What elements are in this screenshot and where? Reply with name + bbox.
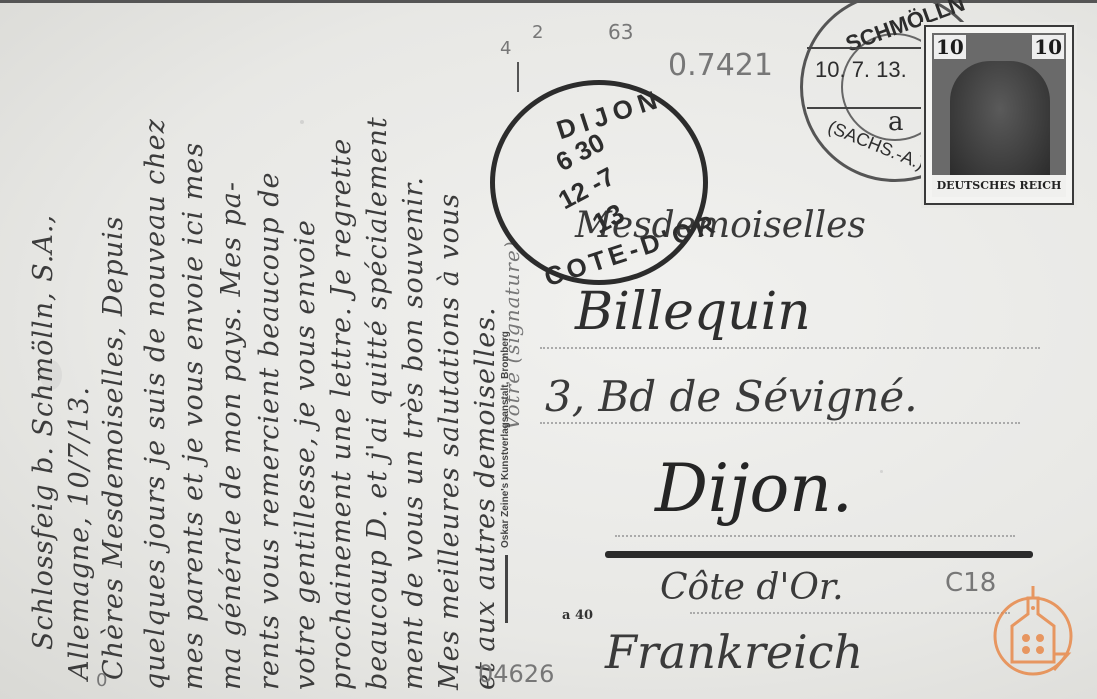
message-line: beaucoup D. et j'ai quitté spécialement xyxy=(362,116,393,690)
paper-speck xyxy=(300,120,304,124)
paper-speck xyxy=(880,470,883,473)
address-dotted-line xyxy=(615,535,1015,537)
postmark-department: COTE-D'OR xyxy=(541,208,723,293)
pencil-note-inventory: 04626 xyxy=(478,660,554,688)
message-line: votre gentillesse, je vous envoie xyxy=(290,219,321,690)
pencil-note: 4 xyxy=(500,38,511,59)
message-line: Schlossfeig b. Schmölln, S.A., xyxy=(28,214,59,650)
message-line: Mes meilleures salutations à vous xyxy=(434,193,465,690)
series-number: a 40 xyxy=(562,608,593,623)
postmark-town: DIJON xyxy=(553,83,667,146)
postmark-letter: a xyxy=(888,107,904,137)
address-dotted-line xyxy=(540,347,1040,349)
address-city: Dijon. xyxy=(655,450,853,527)
address-recipient-name: Billequin xyxy=(575,282,811,342)
divider-line-top xyxy=(517,62,519,92)
message-line: Allemagne, 10/7/13. xyxy=(64,386,95,680)
stamp-label: DEUTSCHES REICH xyxy=(932,175,1066,197)
address-dotted-line xyxy=(540,422,1020,424)
address-underline xyxy=(605,551,1033,558)
postage-stamp: 10 10 DEUTSCHES REICH xyxy=(924,25,1074,205)
message-line: ment de vous un très bon souvenir. xyxy=(398,176,429,690)
divider-line xyxy=(505,555,508,623)
stamp-frame: 10 10 DEUTSCHES REICH xyxy=(932,33,1066,197)
germania-portrait-icon xyxy=(950,61,1050,181)
message-line: et aux autres demoiselles. xyxy=(470,306,501,690)
postmark-dijon: DIJON 6 30 12 -7 13 COTE-D'OR xyxy=(490,80,708,285)
postmark-year: 13 xyxy=(587,198,630,241)
stamp-value-left: 10 xyxy=(934,35,966,59)
message-line: mes parents et je vous envoie ici mes xyxy=(178,142,209,690)
message-line: Chères Mesdemoiselles, Depuis xyxy=(98,216,129,680)
church-logo-icon xyxy=(990,578,1076,678)
stamp-value-right: 10 xyxy=(1032,35,1064,59)
message-line: quelques jours je suis de nouveau chez xyxy=(140,118,171,690)
pencil-note: 2 xyxy=(532,22,543,43)
pencil-note-catalog: 0.7421 xyxy=(668,48,773,83)
message-line: prochainement une lettre. Je regrette xyxy=(326,138,357,690)
postmark-date: 10. 7. 13. xyxy=(815,57,907,83)
postcard: Schlossfeig b. Schmölln, S.A., Allemagne… xyxy=(0,0,1097,699)
message-line: rents vous remercient beaucoup de xyxy=(254,172,285,690)
pencil-note: 0 xyxy=(96,670,107,691)
address-department: Côte d'Or. xyxy=(660,567,844,608)
publisher-imprint: Oskar Zeine's Kunstverlagsanstalt, Bromb… xyxy=(500,331,511,548)
address-dotted-line xyxy=(690,612,1010,614)
message-line: ma générale de mon pays. Mes pa- xyxy=(216,181,247,690)
pencil-note: 63 xyxy=(608,20,633,44)
address-country: Frankreich xyxy=(605,625,863,679)
pencil-note: C18 xyxy=(945,568,996,598)
address-street: 3, Bd de Sévigné. xyxy=(545,372,918,421)
